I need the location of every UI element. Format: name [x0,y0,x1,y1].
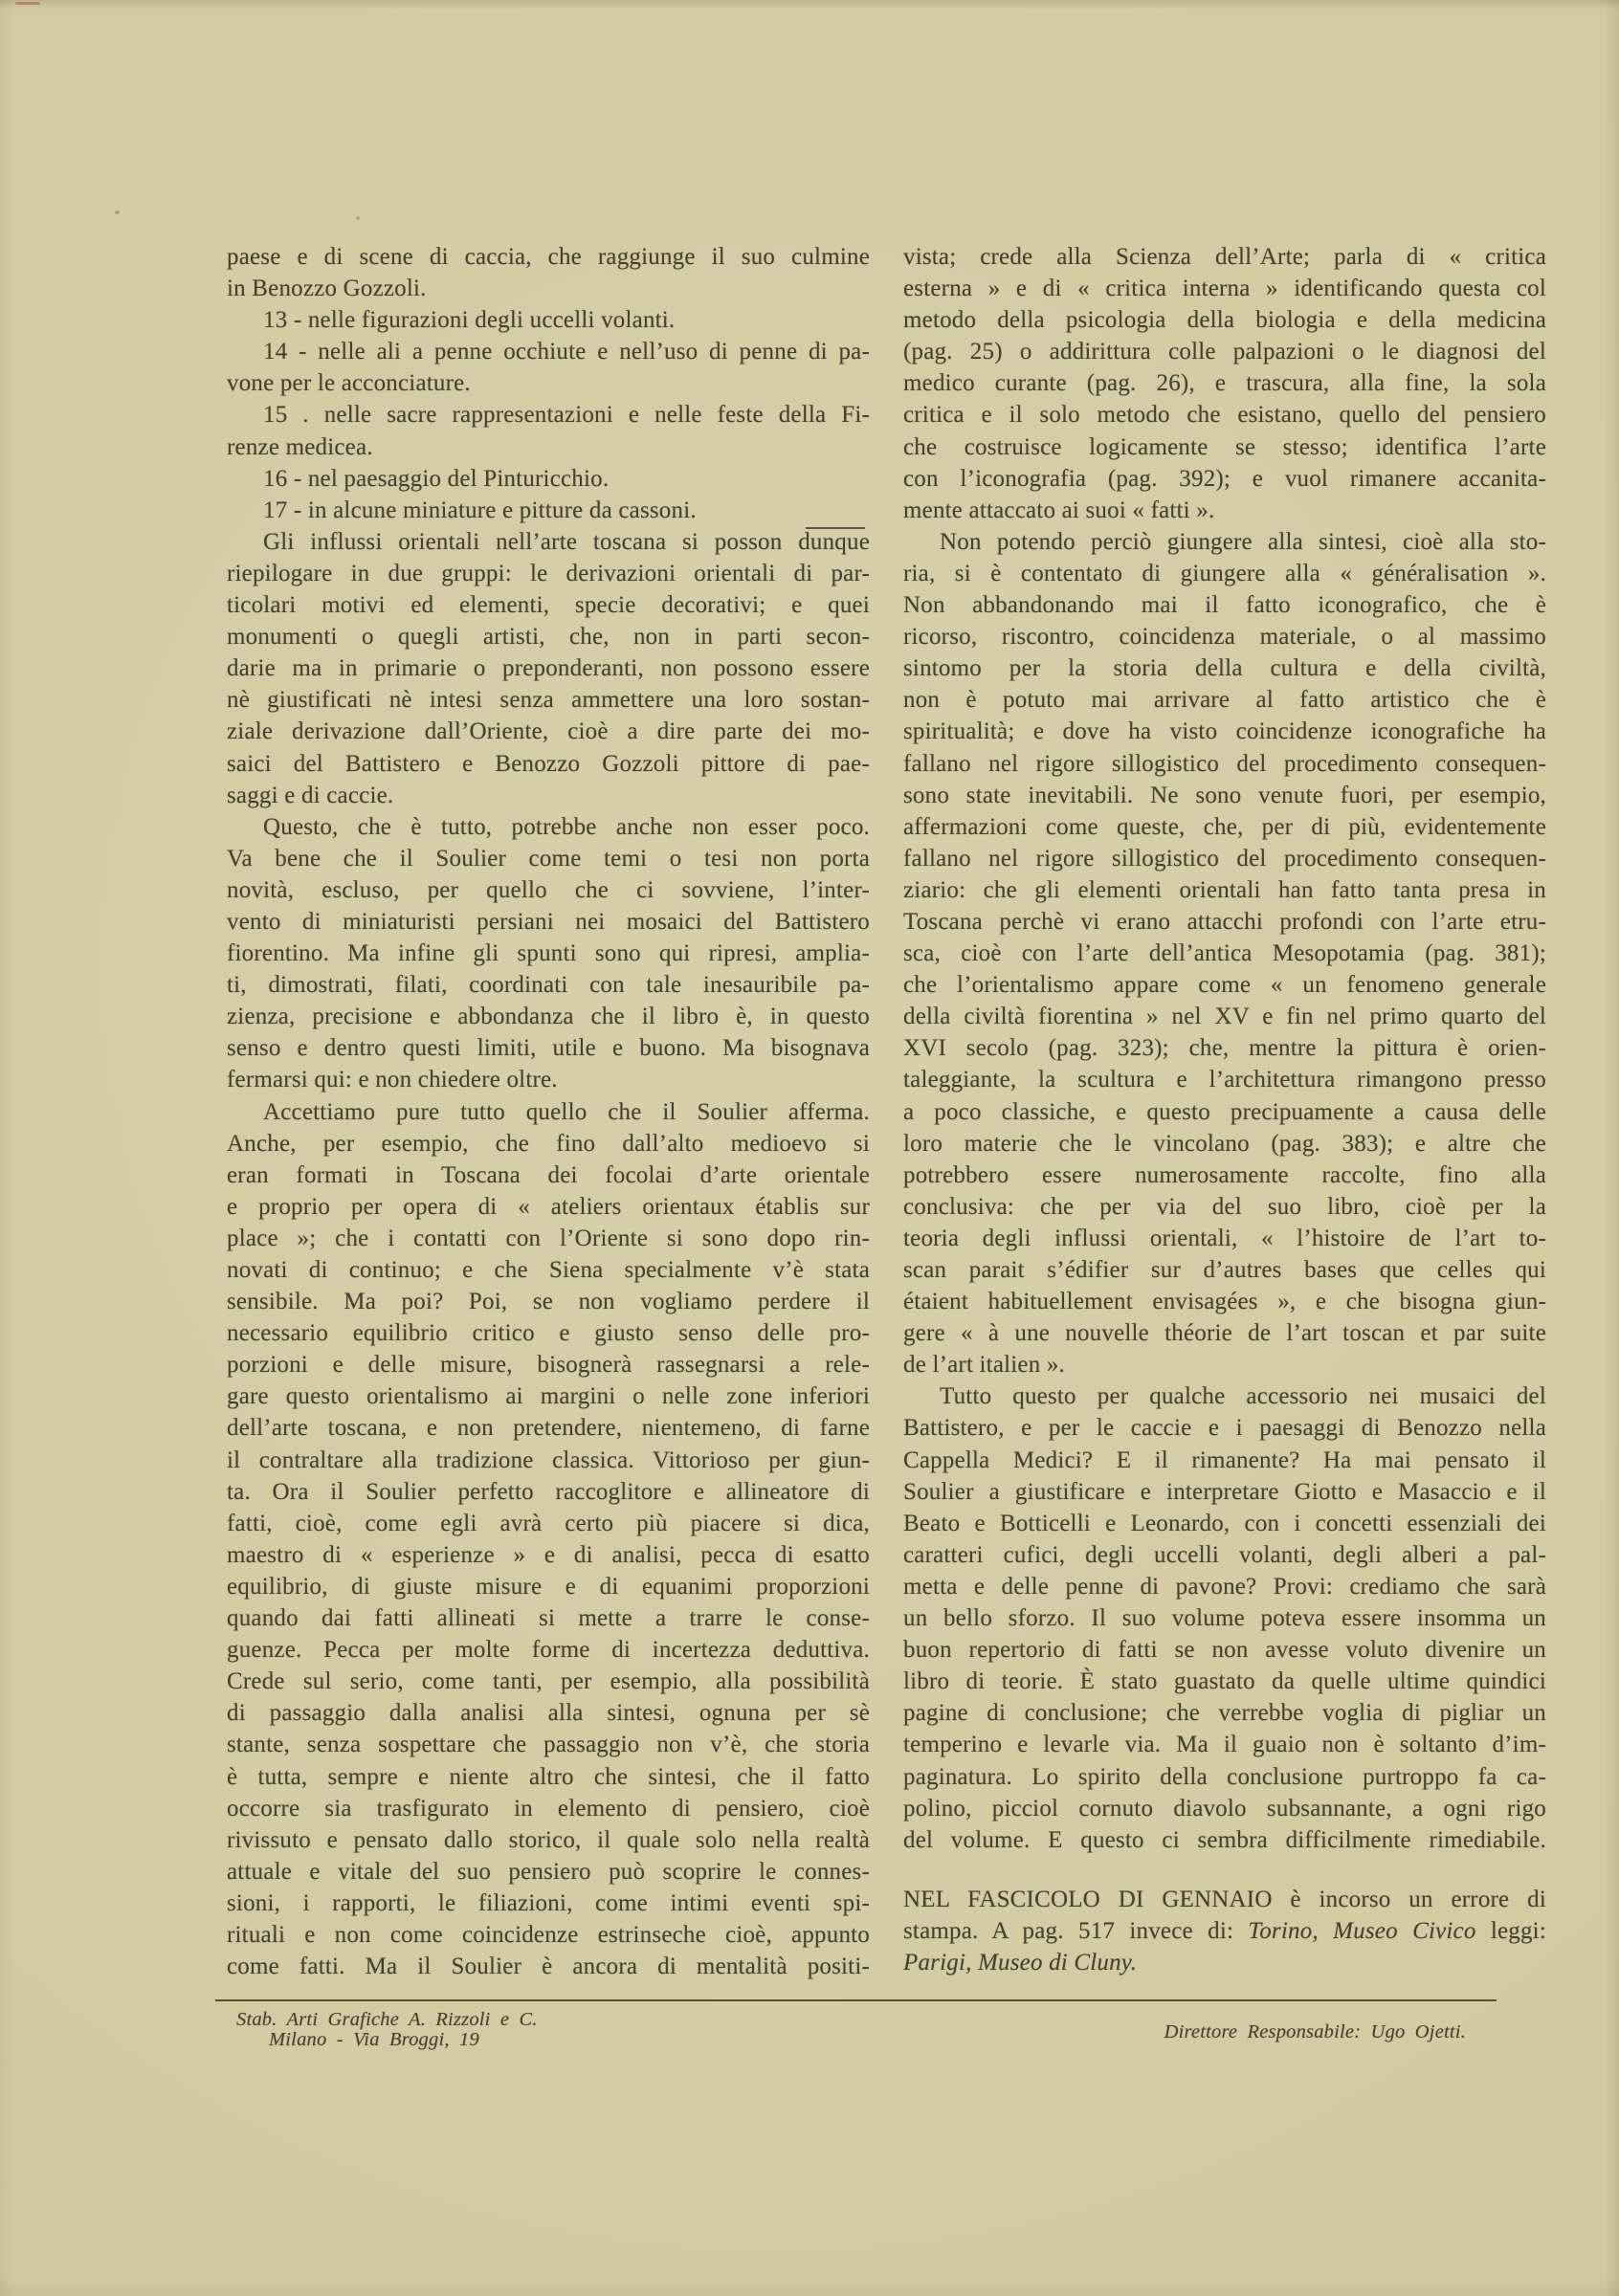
text-line: 15 . nelle sacre rappresentazioni e nell… [227,399,870,430]
text-line: che costruisce logicamente se stesso; id… [903,431,1546,463]
text-line: guenze. Pecca per molte forme di incerte… [227,1634,870,1666]
paragraph: Accettiamo pure tutto quello che il Soul… [227,1096,870,1983]
text-line: Non potendo perciò giungere alla sintesi… [903,526,1546,558]
text-line: Gli influssi orientali nell’arte toscana… [227,526,870,558]
text-line: è tutta, sempre e niente altro che sinte… [227,1761,870,1793]
paragraph: 15 . nelle sacre rappresentazioni e nell… [227,399,870,462]
paragraph: Questo, che è tutto, potrebbe anche non … [227,811,870,1096]
text-line: Beato e Botticelli e Leonardo, con i con… [903,1508,1546,1539]
text-line: XVI secolo (pag. 323); che, mentre la pi… [903,1032,1546,1064]
text-line: zienza, precisione e abbondanza che il l… [227,1001,870,1032]
text-line: sono state inevitabili. Ne sono venute f… [903,780,1546,811]
text-line: Questo, che è tutto, potrebbe anche non … [227,811,870,843]
text-line: teoria degli influssi orientali, « l’his… [903,1223,1546,1254]
text-line: dell’arte toscana, e non pretendere, nie… [227,1412,870,1444]
paper-speck [356,216,360,220]
paper-speck [15,2,40,5]
text-line: medico curante (pag. 26), e trascura, al… [903,367,1546,399]
text-column-left: paese e di scene di caccia, che raggiung… [227,241,870,1982]
text-line: pagine di conclusione; che verrebbe vogl… [903,1697,1546,1729]
text-line: saici del Battistero e Benozzo Gozzoli p… [227,748,870,780]
text-line: novati di continuo; e che Siena specialm… [227,1254,870,1286]
text-line: renze medicea. [227,431,870,463]
text-line: temperino e levarle via. Ma il guaio non… [903,1729,1546,1760]
text-line: Anche, per esempio, che fino dall’alto m… [227,1128,870,1159]
text-line: senso e dentro questi limiti, utile e bu… [227,1032,870,1064]
paragraph: 16 - nel paesaggio del Pinturicchio. [227,463,870,495]
text-line: étaient habituellement envisagées », e c… [903,1286,1546,1317]
text-line: buon repertorio di fatti se non avesse v… [903,1634,1546,1666]
text-line: equilibrio, di giuste misure e di equani… [227,1571,870,1602]
text-line: Va bene che il Soulier come temi o tesi … [227,843,870,874]
text-line: fiorentino. Ma infine gli spunti sono qu… [227,938,870,969]
text-line: maestro di « esperienze » e di analisi, … [227,1539,870,1571]
text-line: stante, senza sospettare che passaggio n… [227,1729,870,1760]
text-line: Parigi, Museo di Cluny. [903,1947,1546,1978]
printer-imprint: Stab. Arti Grafiche A. Rizzoli e C. Mila… [236,2010,538,2049]
text-line: non è potuto mai arrivare al fatto artis… [903,684,1546,716]
italic-text-segment: Parigi, Museo di Cluny. [903,1950,1137,1976]
text-line: metta e delle penne di pavone? Provi: cr… [903,1571,1546,1602]
text-line: stampa. A pag. 517 invece di: Torino, Mu… [903,1915,1546,1947]
text-line: conclusiva: che per via del suo libro, c… [903,1191,1546,1223]
text-line: rituali e non come coincidenze estrinsec… [227,1919,870,1951]
text-line: de l’art italien ». [903,1349,1546,1380]
paragraph: vista; crede alla Scienza dell’Arte; par… [903,241,1546,526]
text-segment: stampa. A pag. 517 invece di: [903,1918,1248,1944]
paper-speck [115,210,120,214]
text-line: Toscana perchè vi erano attacchi profond… [903,906,1546,938]
text-line: Accettiamo pure tutto quello che il Soul… [227,1096,870,1128]
text-line: vista; crede alla Scienza dell’Arte; par… [903,241,1546,273]
text-line: con l’iconografia (pag. 392); e vuol rim… [903,463,1546,495]
text-line: vone per le acconciature. [227,367,870,399]
text-line: monumenti o quegli artisti, che, non in … [227,621,870,652]
text-line: saggi e di caccie. [227,780,870,811]
text-line: vento di miniaturisti persiani nei mosai… [227,906,870,938]
text-line: porzioni e delle misure, bisognerà rasse… [227,1349,870,1380]
print-artifact-overline [806,527,865,529]
text-line: Soulier a giustificare e interpretare Gi… [903,1476,1546,1508]
text-line: spiritualità; e dove ha visto coincidenz… [903,716,1546,747]
text-line: esterna » e di « critica interna » ident… [903,273,1546,304]
text-line: ria, si è contentato di giungere alla « … [903,558,1546,589]
text-line: affermazioni come queste, che, per di pi… [903,811,1546,843]
text-line: il contraltare alla tradizione classica.… [227,1445,870,1476]
footer-rule [215,1999,1497,2001]
text-line: potrebbero essere numerosamente raccolte… [903,1159,1546,1191]
text-line: un bello sforzo. Il suo volume poteva es… [903,1602,1546,1634]
text-line: ricorso, riscontro, coincidenza material… [903,621,1546,652]
text-line: 13 - nelle figurazioni degli uccelli vol… [227,304,870,336]
responsible-director-line: Direttore Responsabile: Ugo Ojetti. [1164,2022,1466,2042]
text-line: metodo della psicologia della biologia e… [903,304,1546,336]
text-line: paese e di scene di caccia, che raggiung… [227,241,870,273]
text-line: Crede sul serio, come tanti, per esempio… [227,1666,870,1697]
printer-imprint-line1: Stab. Arti Grafiche A. Rizzoli e C. [236,2010,538,2030]
text-line: sioni, i rapporti, le filiazioni, come i… [227,1888,870,1919]
text-line: gare questo orientalismo ai margini o ne… [227,1380,870,1412]
paragraph: 14 - nelle ali a penne occhiute e nell’u… [227,336,870,399]
text-line: nè giustificati nè intesi senza ammetter… [227,684,870,716]
paragraph: Gli influssi orientali nell’arte toscana… [227,526,870,811]
text-line: della civiltà fiorentina » nel XV e fin … [903,1001,1546,1032]
paragraph: 17 - in alcune miniature e pitture da ca… [227,495,870,526]
text-line: paginatura. Lo spirito della conclusione… [903,1761,1546,1793]
text-line: loro materie che le vincolano (pag. 383)… [903,1128,1546,1159]
text-line: attuale e vitale del suo pensiero può sc… [227,1856,870,1888]
text-line: 14 - nelle ali a penne occhiute e nell’u… [227,336,870,367]
text-line: fatti, cioè, come egli avrà certo più pi… [227,1508,870,1539]
text-segment: leggi: [1476,1918,1546,1944]
text-line: ti, dimostrati, filati, coordinati con t… [227,969,870,1001]
text-line: eran formati in Toscana dei focolai d’ar… [227,1159,870,1191]
text-line: 16 - nel paesaggio del Pinturicchio. [227,463,870,495]
text-line: sca, cioè con l’arte dell’antica Mesopot… [903,938,1546,969]
text-line: e proprio per opera di « ateliers orient… [227,1191,870,1223]
text-line: taleggiante, la scultura e l’architettur… [903,1064,1546,1095]
text-line: Cappella Medici? E il rimanente? Ha mai … [903,1445,1546,1476]
text-line: quando dai fatti allineati si mette a tr… [227,1602,870,1634]
text-line: novità, escluso, per quello che ci sovvi… [227,874,870,906]
text-line: polino, picciol cornuto diavolo subsanna… [903,1793,1546,1824]
text-line: caratteri cufici, degli uccelli volanti,… [903,1539,1546,1571]
text-line: riepilogare in due gruppi: le derivazion… [227,558,870,589]
text-line: fallano nel rigore sillogistico del proc… [903,748,1546,780]
paragraph: paese e di scene di caccia, che raggiung… [227,241,870,304]
text-line: mente attaccato ai suoi « fatti ». [903,495,1546,526]
text-line: (pag. 25) o addirittura colle palpazioni… [903,336,1546,367]
paragraph: 13 - nelle figurazioni degli uccelli vol… [227,304,870,336]
printer-imprint-line2: Milano - Via Broggi, 19 [236,2030,538,2050]
text-line: del volume. E questo ci sembra difficilm… [903,1824,1546,1856]
text-line: scan parait s’édifier sur d’autres bases… [903,1254,1546,1286]
text-line: NEL FASCICOLO DI GENNAIO è incorso un er… [903,1884,1546,1915]
text-line: sintomo per la storia della cultura e de… [903,652,1546,684]
text-line: a poco classiche, e questo precipuamente… [903,1096,1546,1128]
text-line: place »; che i contatti con l’Oriente si… [227,1223,870,1254]
text-line: che l’orientalismo appare come « un feno… [903,969,1546,1001]
text-line: occorre sia trasfigurato in elemento di … [227,1793,870,1824]
text-line: Battistero, e per le caccie e i paesaggi… [903,1412,1546,1444]
text-line: gere « à une nouvelle théorie de l’art t… [903,1317,1546,1349]
text-line: critica e il solo metodo che esistano, q… [903,399,1546,430]
text-line: darie ma in primarie o preponderanti, no… [227,652,870,684]
paragraph: NEL FASCICOLO DI GENNAIO è incorso un er… [903,1884,1546,1978]
paragraph: Tutto questo per qualche accessorio nei … [903,1380,1546,1855]
italic-text-segment: Torino, Museo Civico [1248,1918,1475,1944]
text-line: libro di teorie. È stato guastato da que… [903,1666,1546,1697]
text-line: rivissuto e pensato dallo storico, il qu… [227,1824,870,1856]
text-line: Tutto questo per qualche accessorio nei … [903,1380,1546,1412]
paragraph: Non potendo perciò giungere alla sintesi… [903,526,1546,1381]
text-line: ta. Ora il Soulier perfetto raccoglitore… [227,1476,870,1508]
scanned-page: paese e di scene di caccia, che raggiung… [0,0,1619,2296]
text-line: di passaggio dalla analisi alla sintesi,… [227,1697,870,1729]
text-line: fermarsi qui: e non chiedere oltre. [227,1064,870,1095]
text-line: ticolari motivi ed elementi, specie deco… [227,589,870,621]
text-line: in Benozzo Gozzoli. [227,273,870,304]
text-line: necessario equilibrio critico e giusto s… [227,1317,870,1349]
text-line: fallano nel rigore sillogistico del proc… [903,843,1546,874]
text-line: sensibile. Ma poi? Poi, se non vogliamo … [227,1286,870,1317]
text-line: 17 - in alcune miniature e pitture da ca… [227,495,870,526]
text-column-right: vista; crede alla Scienza dell’Arte; par… [903,241,1546,1978]
text-line: Non abbandonando mai il fatto iconografi… [903,589,1546,621]
text-line: ziario: che gli elementi orientali han f… [903,874,1546,906]
text-line: come fatti. Ma il Soulier è ancora di me… [227,1951,870,1982]
text-line: ziale derivazione dall’Oriente, cioè a d… [227,716,870,747]
